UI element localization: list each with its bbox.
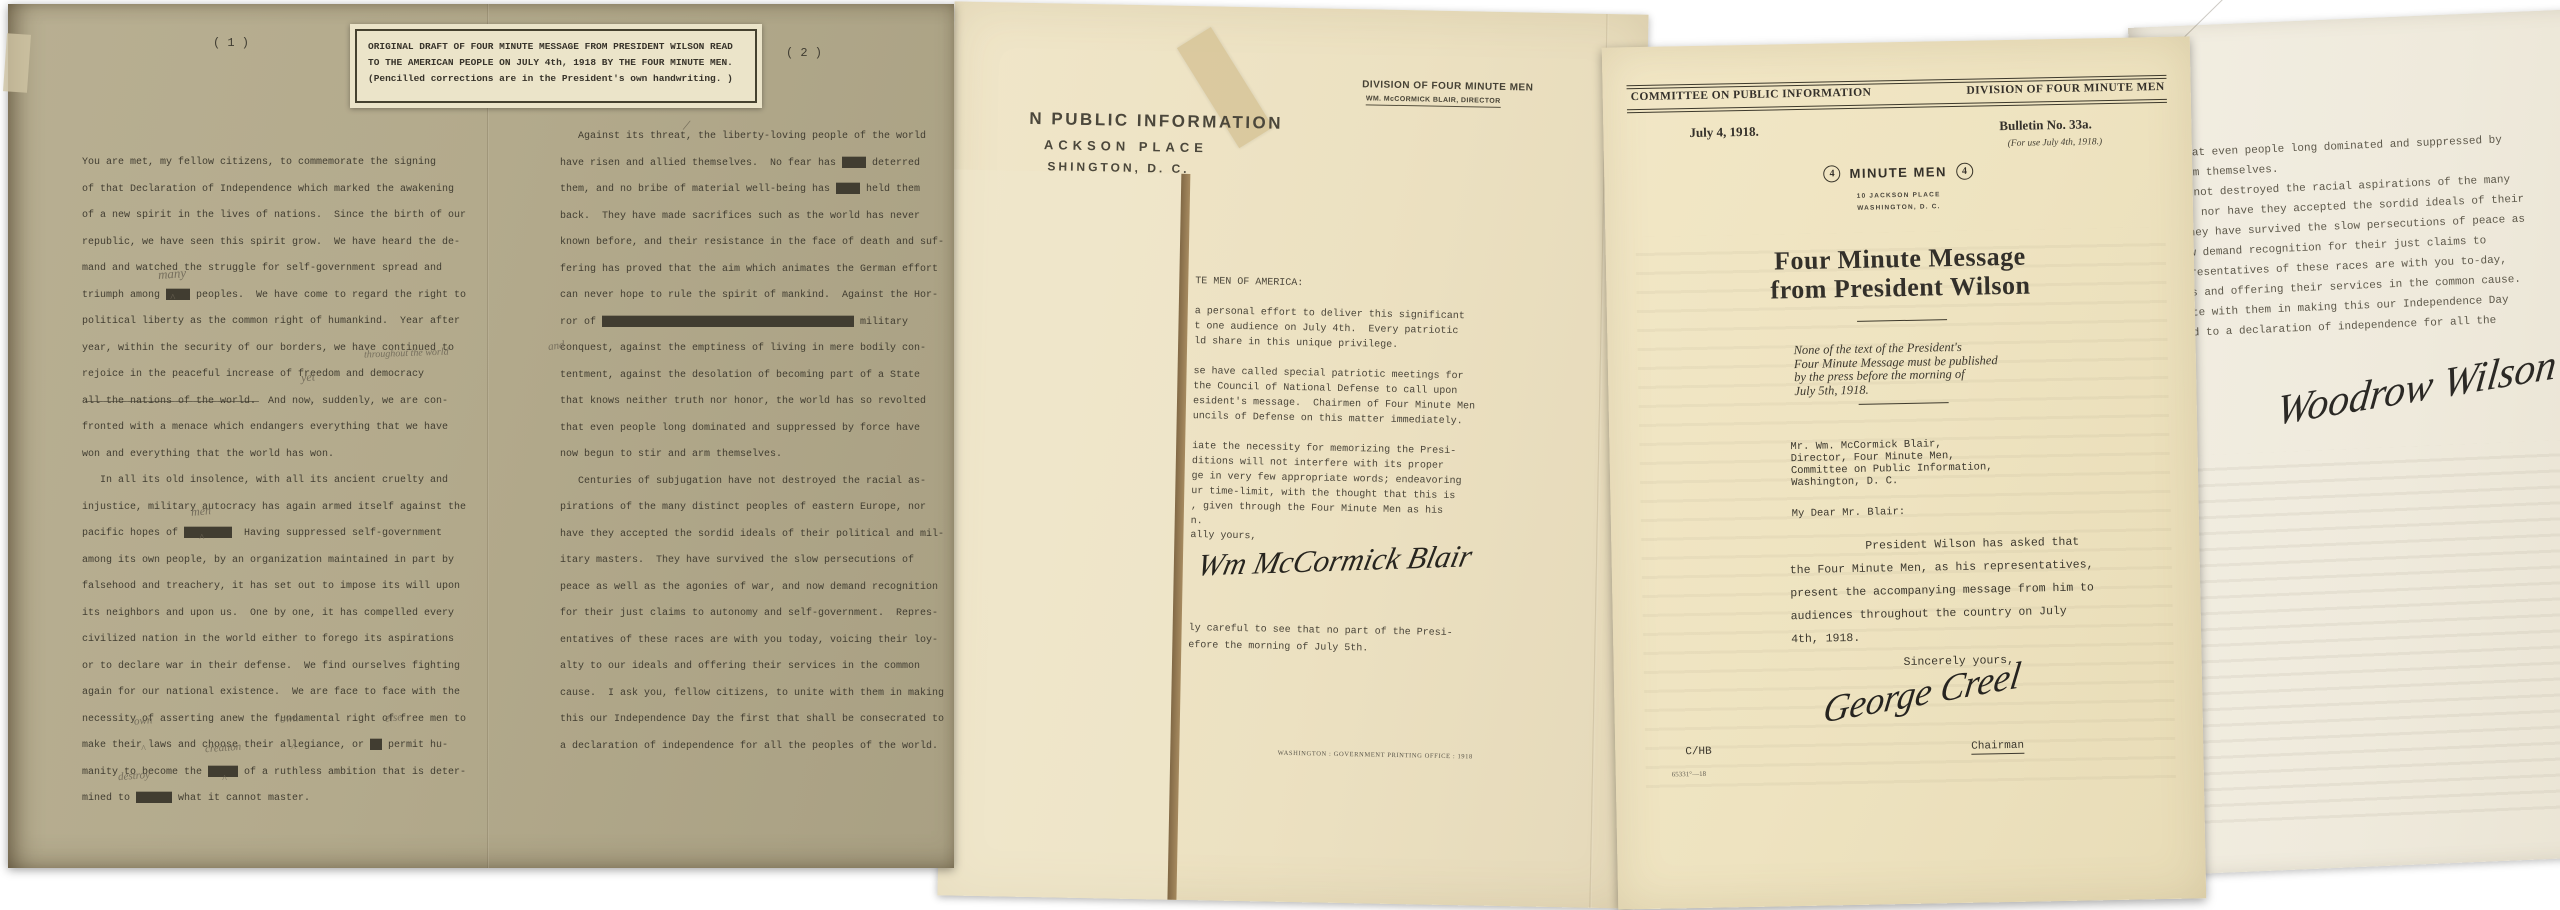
page-1-number: ( 1 ) <box>213 36 249 50</box>
typescript-line: them, and no bribe of material well-bein… <box>560 177 952 204</box>
pencil-annotation: ^ <box>222 774 226 785</box>
minute-men-logo: 4MINUTE MEN4 <box>1604 158 2192 187</box>
typescript-line: rejoice in the peaceful increase of free… <box>82 362 474 389</box>
typescript-line: a declaration of independence for all th… <box>560 734 952 761</box>
letterhead-address-line1: ACKSON PLACE <box>1044 137 1208 155</box>
typescript-line: falsehood and treachery, it has set out … <box>82 574 474 601</box>
pencil-annotation: and <box>547 339 565 353</box>
typescript-line: of that Declaration of Independence whic… <box>82 177 474 204</box>
typescript-line: can never hope to rule the spirit of man… <box>560 283 952 310</box>
typescript-line: have they accepted the sordid ideals of … <box>560 522 952 549</box>
bulletin-header-committee: COMMITTEE ON PUBLIC INFORMATION <box>1631 87 1872 104</box>
typescript-line: In all its old insolence, with all its a… <box>82 468 474 495</box>
draft-page-2-text: Against its threat, the liberty-loving p… <box>560 124 952 760</box>
typescript-line: back. They have made sacrifices such as … <box>560 204 952 231</box>
typescript-line: triumph among ████ peoples. We have come… <box>82 283 474 310</box>
show-through-text <box>2186 440 2560 826</box>
typescript-line: tentment, against the desolation of beco… <box>560 363 952 390</box>
caption-line: ORIGINAL DRAFT OF FOUR MINUTE MESSAGE FR… <box>368 39 746 55</box>
pencil-annotation: own <box>134 714 153 728</box>
bulletin-body-text: President Wilson has asked thatthe Four … <box>1789 530 2095 651</box>
typescript-line: that knows neither truth nor honor, the … <box>560 389 952 416</box>
typescript-line: injustice, military autocracy has again … <box>82 495 474 522</box>
letter-body-text: TE MEN OF AMERICA: a personal effort to … <box>1191 274 1478 534</box>
caption-label: ORIGINAL DRAFT OF FOUR MINUTE MESSAGE FR… <box>350 24 762 108</box>
letter-closing: ally yours, <box>1190 530 1256 542</box>
gpo-imprint: WASHINGTON : GOVERNMENT PRINTING OFFICE … <box>1190 748 1560 762</box>
typescript-line: fering has proved that the aim which ani… <box>560 257 952 284</box>
print-code: 65331°—18 <box>1672 770 1706 779</box>
typescript-line: now begun to stir and arm themselves. <box>560 442 952 469</box>
pencil-annotation: own <box>280 712 299 726</box>
final-page-text: hat even people long dominated and suppr… <box>2185 130 2530 344</box>
page-2-number: ( 2 ) <box>786 46 822 60</box>
caption-line: TO THE AMERICAN PEOPLE ON JULY 4th, 1918… <box>368 55 746 71</box>
bulletin-date: July 4, 1918. <box>1689 124 1759 141</box>
bulletin-header-division: DIVISION OF FOUR MINUTE MEN <box>1966 81 2164 97</box>
typescript-line: have risen and allied themselves. No fea… <box>560 151 952 178</box>
caption-line: (Pencilled corrections are in the Presid… <box>368 71 746 87</box>
bulletin-for-use-note: (For use July 4th, 1918.) <box>2008 137 2103 149</box>
pencil-annotation: ^ <box>199 532 204 544</box>
pencil-annotation: else <box>385 711 403 724</box>
typescript-line: or to declare war in their defense. We f… <box>82 654 474 681</box>
typescript-line: Against its threat, the liberty-loving p… <box>560 124 952 151</box>
logo-text: MINUTE MEN <box>1849 164 1947 181</box>
typescript-line: won and everything that the world has wo… <box>82 442 474 469</box>
typescript-line: You are met, my fellow citizens, to comm… <box>82 150 474 177</box>
circled-4-icon: 4 <box>1956 163 1973 180</box>
pencil-annotation: creation <box>205 741 242 755</box>
typescript-line: civilized nation in the world either to … <box>82 627 474 654</box>
woodrow-wilson-signature: Woodrow Wilson <box>2274 340 2559 436</box>
pencil-annotation: ^ <box>170 292 175 304</box>
draft-page-1-text: You are met, my fellow citizens, to comm… <box>82 150 474 813</box>
underlying-sheet <box>937 169 1181 899</box>
typescript-line: again for our national existence. We are… <box>82 680 474 707</box>
typescript-line: itary masters. They have survived the sl… <box>560 548 952 575</box>
typescript-line: known before, and their resistance in th… <box>560 230 952 257</box>
chairman-label: Chairman <box>1971 740 2024 755</box>
mccormick-blair-signature: Wm McCormick Blair <box>1194 538 1475 583</box>
typescript-line: Centuries of subjugation have not destro… <box>560 469 952 496</box>
typescript-line: peace as well as the agonies of war, and… <box>560 575 952 602</box>
bulletin-number: Bulletin No. 33a. <box>1999 116 2092 134</box>
center-fold <box>487 4 489 868</box>
typescript-line: political liberty as the common right of… <box>82 309 474 336</box>
letter-postscript: ly careful to see that no part of the Pr… <box>1188 620 1453 659</box>
typescript-line: for their just claims to autonomy and se… <box>560 601 952 628</box>
pencil-annotation: ^ <box>307 396 312 408</box>
pencil-annotation: yet <box>300 369 315 385</box>
four-minute-men-letter: N PUBLIC INFORMATION ACKSON PLACE SHINGT… <box>937 1 1648 908</box>
tape-remnant <box>3 33 31 93</box>
typescript-line: cause. I ask you, fellow citizens, to un… <box>560 681 952 708</box>
typescript-line: ror of █████████████████████████████████… <box>560 310 952 337</box>
typescript-line: a̶l̶l̶ ̶t̶h̶e̶ ̶n̶a̶t̶i̶o̶n̶s̶ ̶o̶f̶ ̶t̶… <box>82 389 474 416</box>
typescript-line: this our Independence Day the first that… <box>560 707 952 734</box>
document-photograph: hat even people long dominated and suppr… <box>0 0 2560 910</box>
typescript-line: that even people long dominated and supp… <box>560 416 952 443</box>
bulletin-33a: COMMITTEE ON PUBLIC INFORMATION DIVISION… <box>1602 36 2206 909</box>
pencil-annotation: destroy <box>118 769 151 783</box>
letterhead-director: WM. McCORMICK BLAIR, DIRECTOR <box>1366 95 1501 108</box>
letterhead-address-line2: SHINGTON, D. C. <box>1047 159 1189 176</box>
typescript-line: republic, we have seen this spirit grow.… <box>82 230 474 257</box>
typescript-line: conquest, against the emptiness of livin… <box>560 336 952 363</box>
caption-label-border: ORIGINAL DRAFT OF FOUR MINUTE MESSAGE FR… <box>355 29 757 103</box>
addressee-block: Mr. Wm. McCormick Blair,Director, Four M… <box>1790 437 1993 489</box>
typescript-line: alty to our ideals and offering their se… <box>560 654 952 681</box>
bulletin-salutation: My Dear Mr. Blair: <box>1792 506 1906 520</box>
pencil-annotation: ^ <box>141 744 145 755</box>
original-draft-spread: ( 1 ) ( 2 ) ORIGINAL DRAFT OF FOUR MINUT… <box>8 4 954 868</box>
pencil-annotation: ^ <box>291 743 295 754</box>
pencil-annotation: many <box>157 265 186 283</box>
circled-4-icon: 4 <box>1823 165 1840 182</box>
typescript-line: entatives of these races are with you to… <box>560 628 952 655</box>
letterhead-division: DIVISION OF FOUR MINUTE MEN <box>1362 79 1533 93</box>
typescript-line: among its own people, by an organization… <box>82 548 474 575</box>
typist-initials: C/HB <box>1685 746 1712 759</box>
typescript-line: its neighbors and upon us. One by one, i… <box>82 601 474 628</box>
typescript-line: fronted with a menace which endangers ev… <box>82 415 474 442</box>
press-embargo-notice: None of the text of the President'sFour … <box>1794 340 1999 398</box>
typescript-line: mand and watched the struggle for self-g… <box>82 256 474 283</box>
typescript-line: pirations of the many distinct peoples o… <box>560 495 952 522</box>
typescript-line: mined to ██████ what it cannot master. <box>82 786 474 813</box>
pencil-annotation: men <box>190 503 211 520</box>
letterhead-committee: N PUBLIC INFORMATION <box>1029 109 1283 134</box>
typescript-line: of a new spirit in the lives of nations.… <box>82 203 474 230</box>
typescript-line: pacific hopes of ████████ Having suppres… <box>82 521 474 548</box>
